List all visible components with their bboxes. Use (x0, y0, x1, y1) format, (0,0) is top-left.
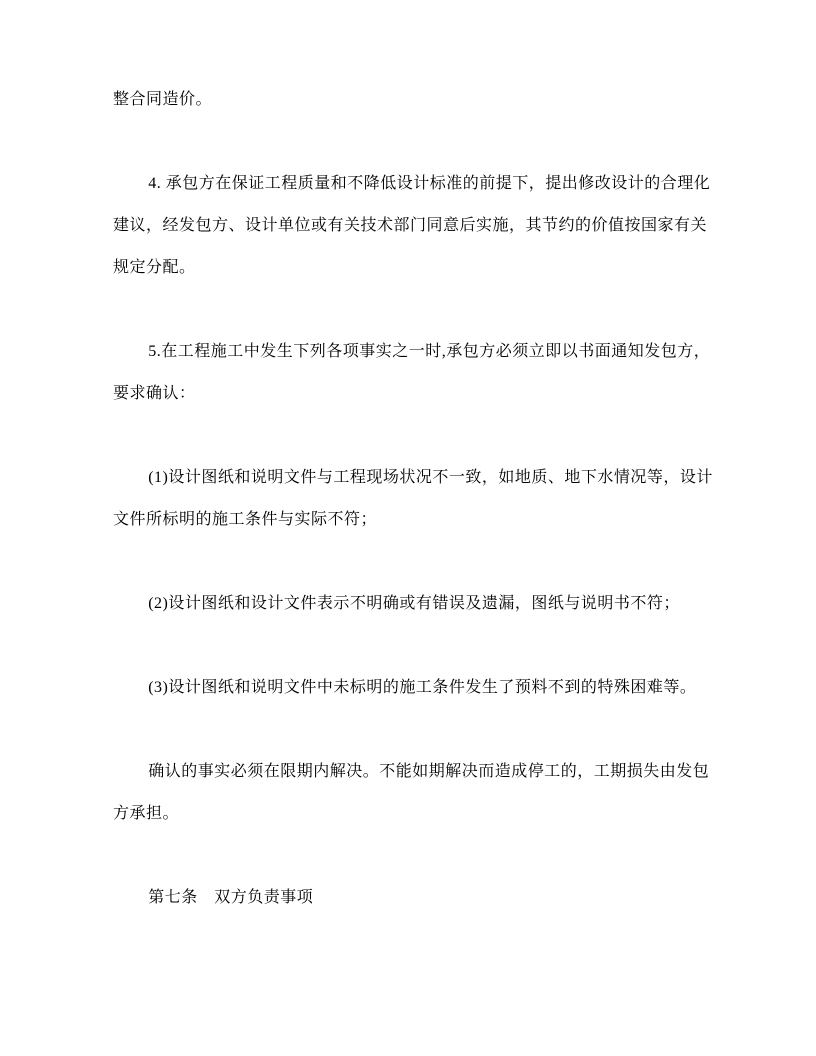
article-7-heading: 第七条 双方负责事项 (113, 877, 705, 919)
clause-5-item-3: (3)设计图纸和说明文件中未标明的施工条件发生了预料不到的特殊困难等。 (113, 667, 705, 709)
clause-4: 4. 承包方在保证工程质量和不降低设计标准的前提下，提出修改设计的合理化建议，经… (113, 163, 705, 289)
text-line: 确认的事实必须在限期内解决。不能如期解决而造成停工的，工期损失由发包 (113, 751, 705, 793)
document-page: 整合同造价。4. 承包方在保证工程质量和不降低设计标准的前提下，提出修改设计的合… (0, 0, 816, 1056)
text-line: (3)设计图纸和说明文件中未标明的施工条件发生了预料不到的特殊困难等。 (113, 667, 705, 709)
clause-5-item-1: (1)设计图纸和说明文件与工程现场状况不一致，如地质、地下水情况等，设计文件所标… (113, 457, 705, 541)
text-line: (2)设计图纸和设计文件表示不明确或有错误及遗漏，图纸与说明书不符； (113, 583, 705, 625)
text-line: 5.在工程施工中发生下列各项事实之一时,承包方必须立即以书面通知发包方， (113, 331, 705, 373)
text-line: 文件所标明的施工条件与实际不符； (113, 499, 705, 541)
text-line: 规定分配。 (113, 247, 705, 289)
text-line: 方承担。 (113, 793, 705, 835)
text-line: 建议，经发包方、设计单位或有关技术部门同意后实施，其节约的价值按国家有关 (113, 205, 705, 247)
text-line: 4. 承包方在保证工程质量和不降低设计标准的前提下，提出修改设计的合理化 (113, 163, 705, 205)
text-line: 第七条 双方负责事项 (113, 877, 705, 919)
text-line: 整合同造价。 (113, 79, 705, 121)
clause-5-item-2: (2)设计图纸和设计文件表示不明确或有错误及遗漏，图纸与说明书不符； (113, 583, 705, 625)
paragraph-continuation: 整合同造价。 (113, 79, 705, 121)
document-body: 整合同造价。4. 承包方在保证工程质量和不降低设计标准的前提下，提出修改设计的合… (113, 79, 705, 919)
text-line: (1)设计图纸和说明文件与工程现场状况不一致，如地质、地下水情况等，设计 (113, 457, 705, 499)
confirmation-note: 确认的事实必须在限期内解决。不能如期解决而造成停工的，工期损失由发包方承担。 (113, 751, 705, 835)
clause-5: 5.在工程施工中发生下列各项事实之一时,承包方必须立即以书面通知发包方，要求确认… (113, 331, 705, 415)
text-line: 要求确认： (113, 373, 705, 415)
